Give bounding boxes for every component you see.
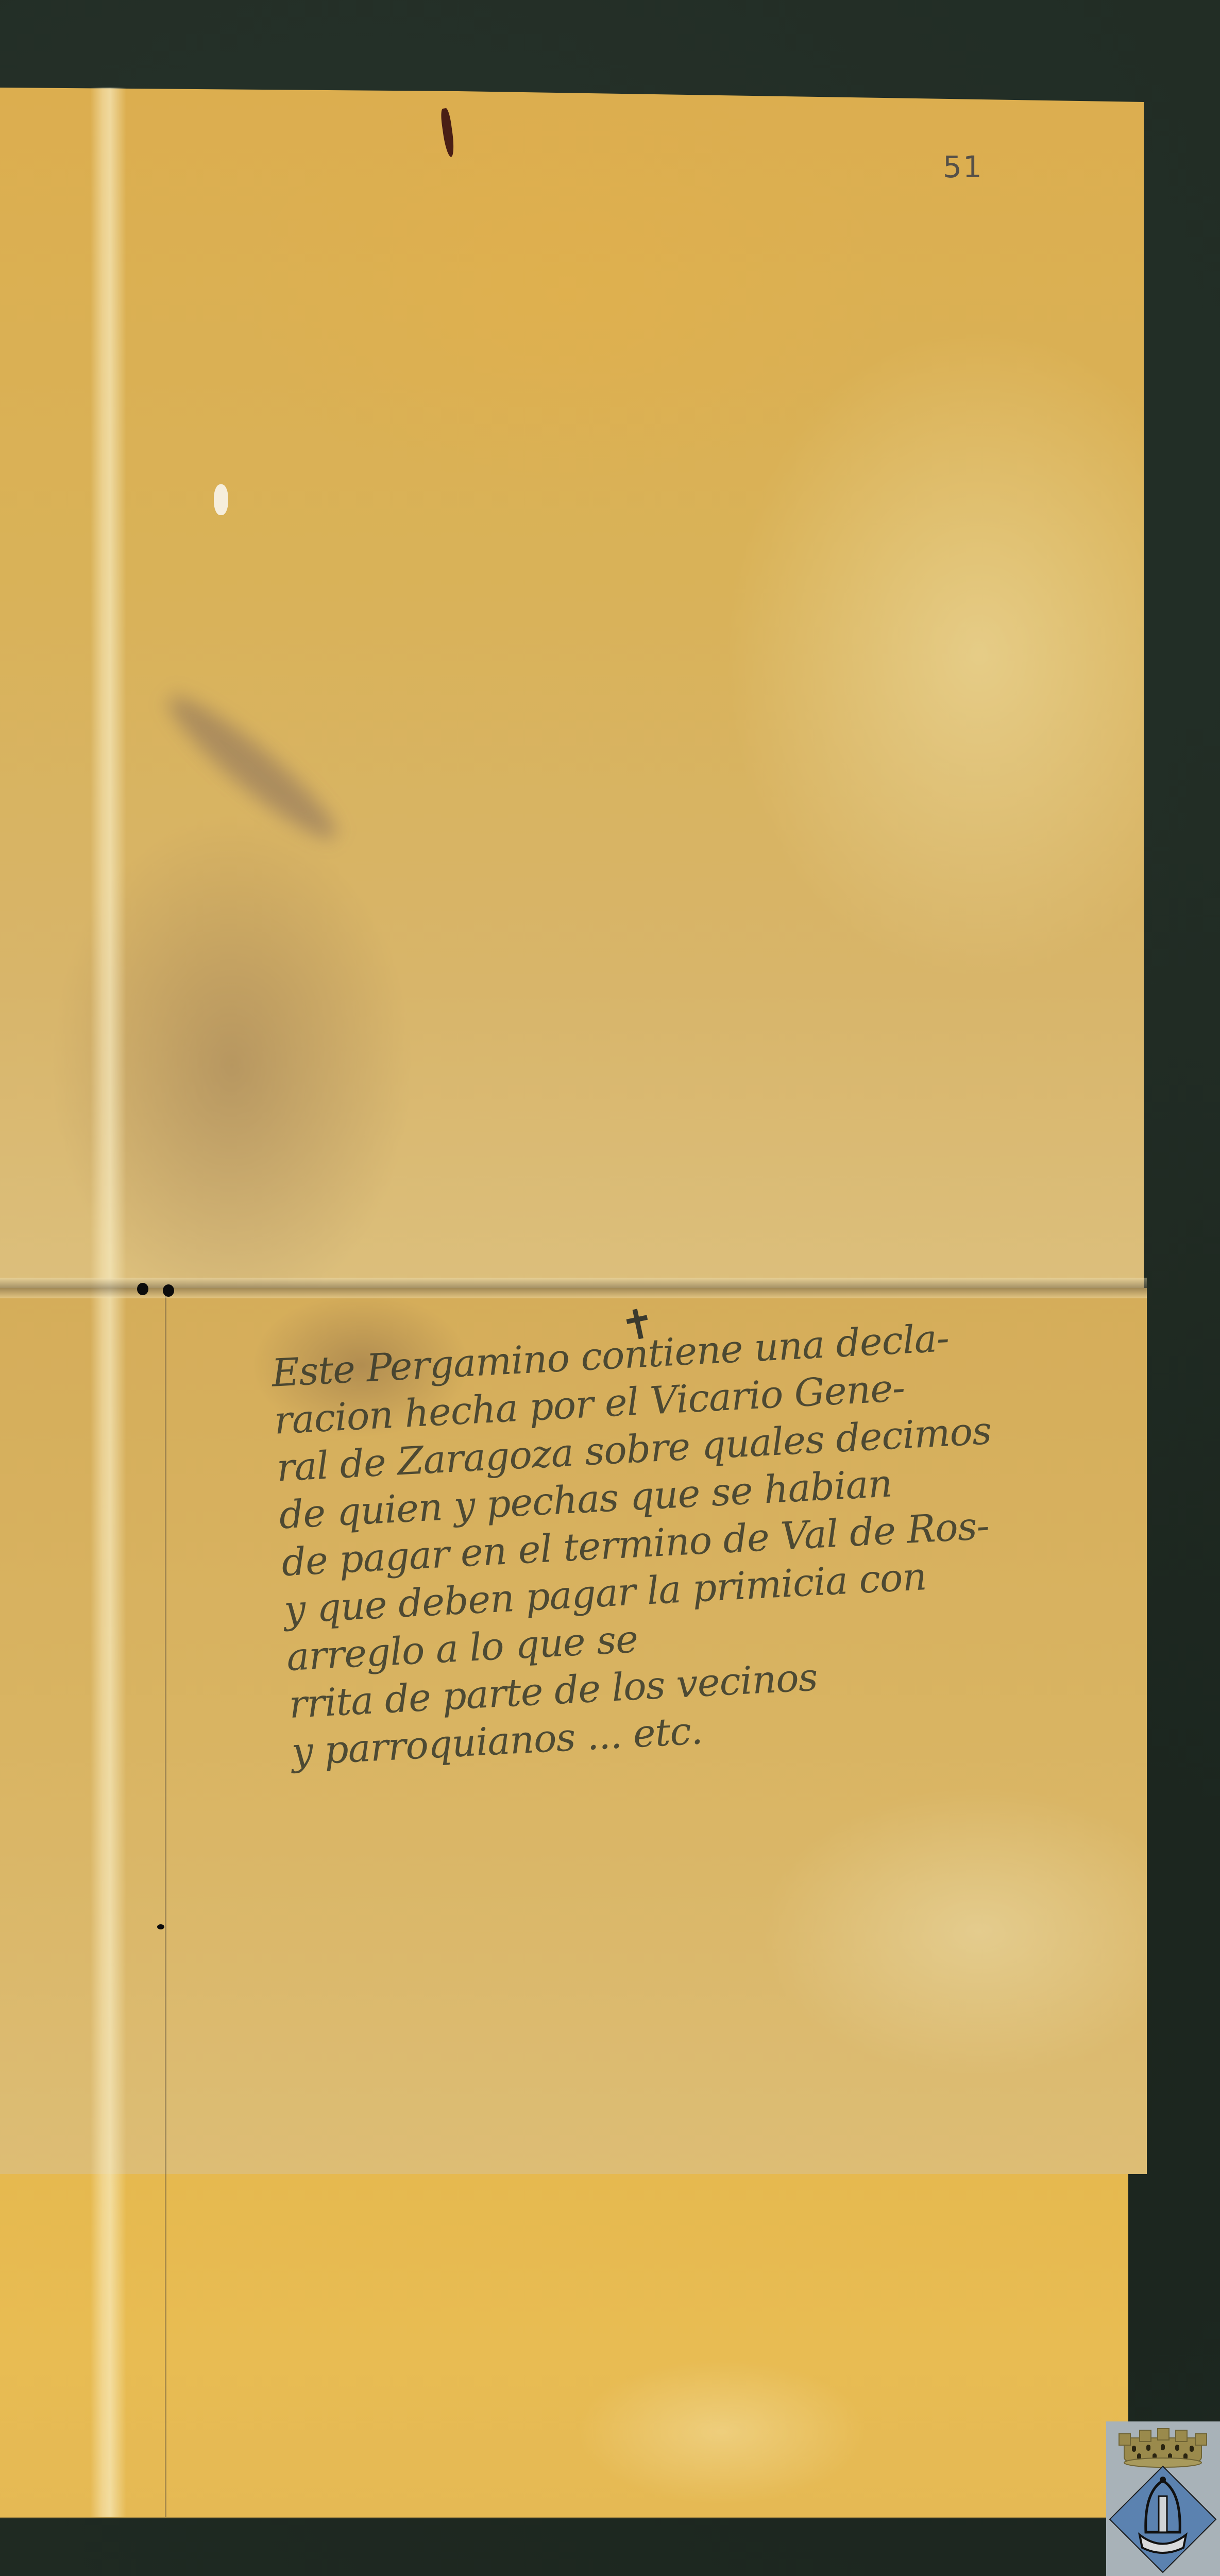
vertical-fold-crease (90, 88, 126, 2517)
wax-spot (214, 484, 228, 515)
parchment-bottom-band (0, 2174, 1128, 2518)
stitch-hole (137, 1283, 148, 1295)
stitch-hole (157, 1924, 164, 1929)
manuscript-annotation: Este Pergamino contiene una decla- racio… (270, 1304, 1167, 1776)
mural-crown-icon (1116, 2428, 1209, 2469)
parchment-upper-panel (0, 88, 1144, 1288)
fountain-shield-icon (1109, 2465, 1217, 2573)
page-number: 51 (943, 149, 983, 184)
stitch-hole (163, 1284, 174, 1297)
coat-of-arms-logo (1106, 2421, 1220, 2576)
vertical-tear-line (165, 1288, 166, 2517)
